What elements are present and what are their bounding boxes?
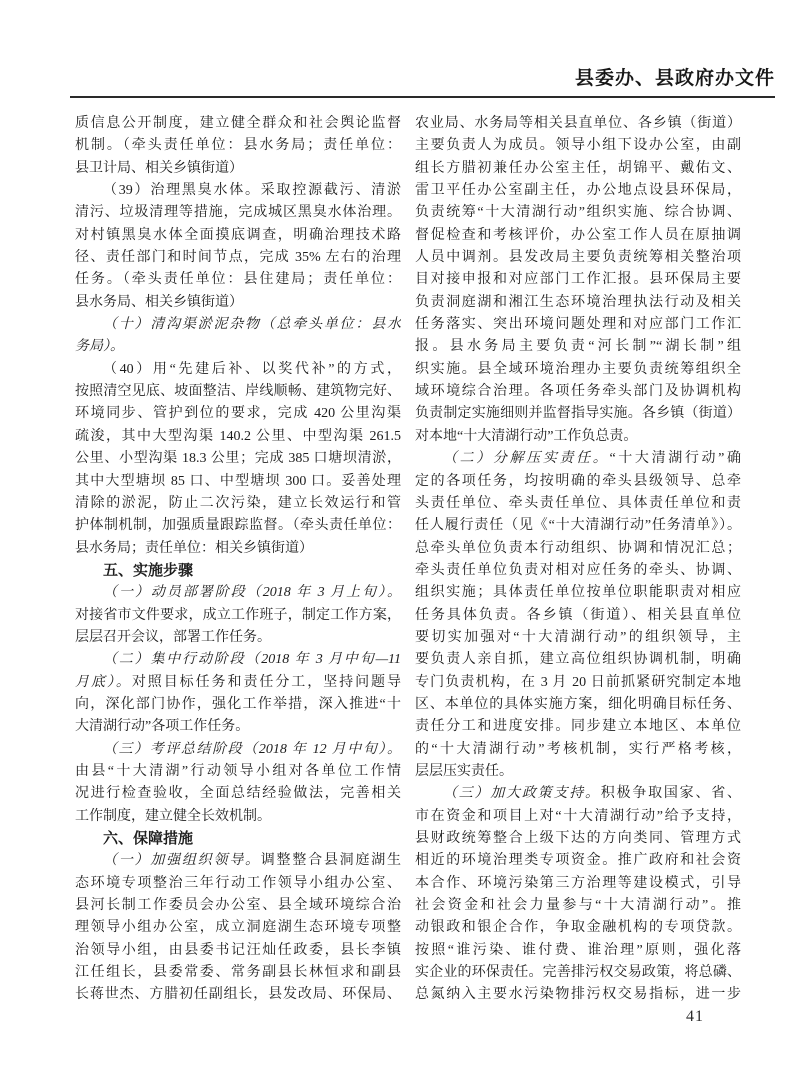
text-line: 层层召开会议，部署工作任务。: [75, 627, 401, 649]
text-line: （40）用“先建后补、以奖代补”的方式，: [75, 359, 401, 381]
body-text: 头责任单位、牵头责任单位、具体责任单位和责: [415, 496, 741, 511]
text-line: 疏浚，其中大型沟渠 140.2 公里、中型沟渠 261.5: [75, 426, 401, 448]
body-text: 督促检查和考核评价，办公室工作人员在原抽调: [415, 228, 741, 243]
text-line: 径、责任部门和时间节点，完成 35% 左右的治理: [75, 247, 401, 269]
text-line: 动银政和银企合作，争取金融机构的专项贷款。: [415, 917, 741, 939]
body-text: 主要负责人为成员。领导小组下设办公室，由副: [415, 138, 741, 153]
text-line: 工作制度，建立健全长效机制。: [75, 806, 401, 828]
document-page: 县委办、县政府办文件 质信息公开制度，建立健全群众和社会舆论监督机制。（牵头责任…: [0, 0, 793, 1077]
text-line: 月底）。对照目标任务和责任分工，坚持问题导: [75, 672, 401, 694]
body-text: 目对接申报和对应部门工作汇报。县环保局主要: [415, 272, 741, 287]
text-line: 任人履行责任（见《“十大清湖行动”任务清单》）。: [415, 515, 741, 537]
text-line: 任务。（牵头责任单位：县住建局；责任单位：: [75, 269, 401, 291]
body-text: 质信息公开制度，建立健全群众和社会舆论监督: [75, 116, 401, 131]
text-line: 负责制定实施细则并监督指导实施。各乡镇（街道）: [415, 403, 741, 425]
body-text: 负责统筹“十大清湖行动”组织实施、综合协调、: [415, 205, 741, 220]
body-text: “十大清湖行动”确: [609, 451, 741, 466]
body-text: 域环境综合治理。各项任务牵头部门及协调机构: [415, 384, 741, 399]
body-text: 江任组长，县委常委、常务副县长林恒求和副县: [75, 965, 401, 980]
text-line: 由县“十大清湖”行动领导小组对各单位工作情: [75, 761, 401, 783]
body-text: 层层召开会议，部署工作任务。: [75, 630, 271, 645]
body-text: 任人履行责任（见《“十大清湖行动”任务清单》）。: [415, 518, 741, 533]
text-line: 任务落实、突出环境问题处理和对应部门工作汇: [415, 314, 741, 336]
text-line: 织实施。县全域环境治理办主要负责统筹组织全: [415, 359, 741, 381]
body-text: 径、责任部门和时间节点，完成 35% 左右的治理: [75, 250, 401, 265]
body-text: 人员中调剂。县发改局主要负责统筹相关整治项: [415, 250, 741, 265]
body-text: 社会资金和社会力量参与“十大清湖行动”。推: [415, 898, 741, 913]
text-line: 六、保障措施: [75, 828, 401, 850]
text-line: 任务具体负责。各乡镇（街道）、相关县直单位: [415, 605, 741, 627]
body-text: 县水务局、相关乡镇街道）: [75, 295, 243, 310]
page-header-title: 县委办、县政府办文件: [70, 63, 775, 90]
text-line: 层层压实责任。: [415, 761, 741, 783]
text-line: 本合作、环境污染第三方治理等建设模式，引导: [415, 873, 741, 895]
right-column: 农业局、水务局等相关县直单位、各乡镇（街道）主要负责人为成员。领导小组下设办公室…: [415, 113, 741, 1007]
section-heading-text: 五、实施步骤: [103, 562, 193, 579]
text-line: 定的各项任务，均按明确的牵头县级领导、总牵: [415, 471, 741, 493]
text-line: 要切实加强对“十大清湖行动”的组织领导，主: [415, 627, 741, 649]
text-line: 治领导小组，由县委书记汪灿任政委，县长李镇: [75, 940, 401, 962]
text-line: 要负责人亲自抓，建立高位组织协调机制，明确: [415, 649, 741, 671]
text-line: 督促检查和考核评价，办公室工作人员在原抽调: [415, 225, 741, 247]
body-text: 组长方腊初兼任办公室主任，胡锦平、戴佑文、: [415, 161, 741, 176]
text-line: 雷卫平任办公室副主任，办公地点设县环保局，: [415, 180, 741, 202]
body-text: 实企业的环保责任。完善排污权交易政策，将总磷、: [415, 965, 741, 980]
text-line: 按照清空见底、坡面整洁、岸线顺畅、建筑物完好、: [75, 381, 401, 403]
body-text: 任务具体负责。各乡镇（街道）、相关县直单位: [415, 608, 741, 623]
text-line: 头责任单位、牵头责任单位、具体责任单位和责: [415, 493, 741, 515]
body-text: 要负责人亲自抓，建立高位组织协调机制，明确: [415, 652, 741, 667]
body-text: 按照清空见底、坡面整洁、岸线顺畅、建筑物完好、: [75, 384, 401, 399]
body-text: 农业局、水务局等相关县直单位、各乡镇（街道）: [415, 116, 741, 131]
body-text: 理领导小组办公室，成立洞庭湖生态环境专项整: [75, 920, 401, 935]
body-text: 环境同步、管护到位的要求，完成 420 公里沟渠: [75, 406, 401, 421]
body-text: 相近的环境治理类专项资金。推广政府和社会资: [415, 853, 741, 868]
text-line: （二）分解压实责任。“十大清湖行动”确: [415, 448, 741, 470]
header-rule: [70, 96, 775, 98]
body-text: 清除的淤泥，防止二次污染，建立长效运行和管: [75, 496, 401, 511]
body-text: 本合作、环境污染第三方治理等建设模式，引导: [415, 876, 741, 891]
subheading-text: 月底）。: [75, 675, 132, 690]
body-text: 要切实加强对“十大清湖行动”的组织领导，主: [415, 630, 741, 645]
text-line: 牵头责任单位负责对相对应任务的牵头、协调、: [415, 560, 741, 582]
body-text: 公里、小型沟渠 18.3 公里；完成 385 口塘坝清淤，: [75, 451, 401, 466]
body-text: 长蒋世杰、方腊初任副组长，县发改局、环保局、: [75, 987, 401, 1002]
text-line: 环境同步、管护到位的要求，完成 420 公里沟渠: [75, 403, 401, 425]
body-text: 向，深化部门协作，强化工作举措，深入推进“十: [75, 697, 401, 712]
body-text: 市在资金和项目上对“十大清湖行动”给予支持，: [415, 809, 741, 824]
text-line: 相近的环境治理类专项资金。推广政府和社会资: [415, 850, 741, 872]
text-line: 大清湖行动”各项工作任务。: [75, 716, 401, 738]
body-text: 定的各项任务，均按明确的牵头县级领导、总牵: [415, 474, 741, 489]
subheading-text: （三）加大政策支持。: [443, 786, 601, 801]
text-line: 务局）。: [75, 336, 401, 358]
text-line: （39）治理黑臭水体。采取控源截污、清淤: [75, 180, 401, 202]
text-line: 长蒋世杰、方腊初任副组长，县发改局、环保局、: [75, 984, 401, 1006]
text-line: 县河长制工作委员会办公室、县全域环境综合治: [75, 895, 401, 917]
text-line: 护体制机制，加强质量跟踪监督。（牵头责任单位：: [75, 515, 401, 537]
text-line: 机制。（牵头责任单位：县水务局；责任单位：: [75, 135, 401, 157]
text-line: 组长方腊初兼任办公室主任，胡锦平、戴佑文、: [415, 158, 741, 180]
text-line: 按照“谁污染、谁付费、谁治理”原则，强化落: [415, 940, 741, 962]
body-text: 区、本单位的具体实施方案，细化明确目标任务、: [415, 697, 741, 712]
body-text: 层层压实责任。: [415, 764, 513, 779]
body-text: 清污、垃圾清理等措施，完成城区黑臭水体治理。: [75, 205, 401, 220]
text-line: （一）动员部署阶段（2018 年 3 月上旬）。: [75, 582, 401, 604]
body-text: 县河长制工作委员会办公室、县全域环境综合治: [75, 898, 401, 913]
body-text: （39）治理黑臭水体。采取控源截污、清淤: [103, 183, 401, 198]
body-text: 负责制定实施细则并监督指导实施。各乡镇（街道）: [415, 406, 741, 421]
body-text: 牵头责任单位负责对相对应任务的牵头、协调、: [415, 563, 741, 578]
body-text: 县财政统筹整合上级下达的方向类同、管理方式: [415, 831, 741, 846]
body-text: 大清湖行动”各项工作任务。: [75, 719, 249, 734]
body-text: 动银政和银企合作，争取金融机构的专项贷款。: [415, 920, 741, 935]
text-line: 五、实施步骤: [75, 560, 401, 582]
text-line: 组织实施；具体责任单位按单位职能职责对相应: [415, 582, 741, 604]
text-line: 县财政统筹整合上级下达的方向类同、管理方式: [415, 828, 741, 850]
text-line: 市在资金和项目上对“十大清湖行动”给予支持，: [415, 806, 741, 828]
text-line: 责任分工和进度安排。同步建立本地区、本单位: [415, 716, 741, 738]
body-text: 态环境专项整治三年行动工作领导小组办公室、: [75, 876, 401, 891]
body-text: 专门负责机构，在 3 月 20 日前抓紧研究制定本地: [415, 675, 741, 690]
body-text: 积极争取国家、省、: [601, 786, 741, 801]
body-text: 对接省市文件要求，成立工作班子，制定工作方案，: [75, 608, 401, 623]
text-line: （二）集中行动阶段（2018 年 3 月中旬—11: [75, 649, 401, 671]
text-line: 态环境专项整治三年行动工作领导小组办公室、: [75, 873, 401, 895]
text-line: 负责统筹“十大清湖行动”组织实施、综合协调、: [415, 202, 741, 224]
body-text: 织实施。县全域环境治理办主要负责统筹组织全: [415, 362, 741, 377]
body-text: 况进行检查验收，全面总结经验做法，完善相关: [75, 786, 401, 801]
body-text: 由县“十大清湖”行动领导小组对各单位工作情: [75, 764, 401, 779]
text-line: 其中大型塘坝 85 口、中型塘坝 300 口。妥善处理: [75, 471, 401, 493]
body-text: 其中大型塘坝 85 口、中型塘坝 300 口。妥善处理: [75, 474, 401, 489]
text-line: （三）加大政策支持。积极争取国家、省、: [415, 783, 741, 805]
body-text: 总牵头单位负责本行动组织、协调和情况汇总；: [415, 541, 741, 556]
subheading-text: （二）集中行动阶段（2018 年 3 月中旬—11: [103, 652, 401, 667]
text-line: 对接省市文件要求，成立工作班子，制定工作方案，: [75, 605, 401, 627]
body-text: 工作制度，建立健全长效机制。: [75, 809, 271, 824]
text-line: 县卫计局、相关乡镇街道）: [75, 158, 401, 180]
text-line: 总牵头单位负责本行动组织、协调和情况汇总；: [415, 538, 741, 560]
subheading-text: 务局）。: [75, 339, 124, 354]
body-text: 雷卫平任办公室副主任，办公地点设县环保局，: [415, 183, 741, 198]
text-line: 主要负责人为成员。领导小组下设办公室，由副: [415, 135, 741, 157]
body-text: 县卫计局、相关乡镇街道）: [75, 161, 243, 176]
subheading-text: （一）动员部署阶段（2018 年 3 月上旬）。: [103, 585, 401, 600]
body-text: 总氮纳入主要水污染物排污权交易指标，进一步: [415, 987, 741, 1002]
text-line: 专门负责机构，在 3 月 20 日前抓紧研究制定本地: [415, 672, 741, 694]
body-text: 任务落实、突出环境问题处理和对应部门工作汇: [415, 317, 741, 332]
text-line: 人员中调剂。县发改局主要负责统筹相关整治项: [415, 247, 741, 269]
text-line: 对本地“十大清湖行动”工作负总责。: [415, 426, 741, 448]
text-line: 江任组长，县委常委、常务副县长林恒求和副县: [75, 962, 401, 984]
section-heading-text: 六、保障措施: [103, 830, 193, 847]
subheading-text: （三）考评总结阶段（2018 年 12 月中旬）。: [103, 742, 401, 757]
text-line: 农业局、水务局等相关县直单位、各乡镇（街道）: [415, 113, 741, 135]
body-text: 的“十大清湖行动”考核机制，实行严格考核，: [415, 742, 741, 757]
text-line: 社会资金和社会力量参与“十大清湖行动”。推: [415, 895, 741, 917]
body-text: 报。县水务局主要负责“河长制”“湖长制”组: [415, 339, 741, 354]
body-text: 负责洞庭湖和湘江生态环境治理执法行动及相关: [415, 295, 741, 310]
text-line: 负责洞庭湖和湘江生态环境治理执法行动及相关: [415, 292, 741, 314]
text-line: （十）清沟渠淤泥杂物（总牵头单位：县水: [75, 314, 401, 336]
body-text: 对照目标任务和责任分工，坚持问题导: [132, 675, 401, 690]
subheading-text: （二）分解压实责任。: [443, 451, 609, 466]
text-line: 理领导小组办公室，成立洞庭湖生态环境专项整: [75, 917, 401, 939]
body-text: 机制。（牵头责任单位：县水务局；责任单位：: [75, 138, 401, 153]
text-line: 对村镇黑臭水体全面摸底调查，明确治理技术路: [75, 225, 401, 247]
text-line: 县水务局、相关乡镇街道）: [75, 292, 401, 314]
text-line: 况进行检查验收，全面总结经验做法，完善相关: [75, 783, 401, 805]
body-text: 责任分工和进度安排。同步建立本地区、本单位: [415, 719, 741, 734]
text-line: 清污、垃圾清理等措施，完成城区黑臭水体治理。: [75, 202, 401, 224]
body-text: 县水务局；责任单位：相关乡镇街道）: [75, 541, 313, 556]
body-text: 对村镇黑臭水体全面摸底调查，明确治理技术路: [75, 228, 401, 243]
text-line: 目对接申报和对应部门工作汇报。县环保局主要: [415, 269, 741, 291]
body-text: 任务。（牵头责任单位：县住建局；责任单位：: [75, 272, 401, 287]
body-text: 按照“谁污染、谁付费、谁治理”原则，强化落: [415, 943, 741, 958]
body-text: 治领导小组，由县委书记汪灿任政委，县长李镇: [75, 943, 401, 958]
text-line: 实企业的环保责任。完善排污权交易政策，将总磷、: [415, 962, 741, 984]
text-line: 向，深化部门协作，强化工作举措，深入推进“十: [75, 694, 401, 716]
text-line: 域环境综合治理。各项任务牵头部门及协调机构: [415, 381, 741, 403]
body-text: 组织实施；具体责任单位按单位职能职责对相应: [415, 585, 741, 600]
text-line: 清除的淤泥，防止二次污染，建立长效运行和管: [75, 493, 401, 515]
text-line: （一）加强组织领导。调整整合县洞庭湖生: [75, 850, 401, 872]
text-line: 报。县水务局主要负责“河长制”“湖长制”组: [415, 336, 741, 358]
body-text: 疏浚，其中大型沟渠 140.2 公里、中型沟渠 261.5: [75, 429, 401, 444]
body-text: （40）用“先建后补、以奖代补”的方式，: [103, 362, 401, 377]
page-number: 41: [686, 1008, 704, 1026]
text-line: 公里、小型沟渠 18.3 公里；完成 385 口塘坝清淤，: [75, 448, 401, 470]
text-line: 县水务局；责任单位：相关乡镇街道）: [75, 538, 401, 560]
body-text: 护体制机制，加强质量跟踪监督。（牵头责任单位：: [75, 518, 401, 533]
left-column: 质信息公开制度，建立健全群众和社会舆论监督机制。（牵头责任单位：县水务局；责任单…: [75, 113, 401, 1007]
subheading-text: （一）加强组织领导。: [103, 853, 261, 868]
body-text: 对本地“十大清湖行动”工作负总责。: [415, 429, 637, 444]
subheading-text: （十）清沟渠淤泥杂物（总牵头单位：县水: [103, 317, 401, 332]
text-line: 总氮纳入主要水污染物排污权交易指标，进一步: [415, 984, 741, 1006]
text-line: 区、本单位的具体实施方案，细化明确目标任务、: [415, 694, 741, 716]
text-line: 的“十大清湖行动”考核机制，实行严格考核，: [415, 739, 741, 761]
text-line: 质信息公开制度，建立健全群众和社会舆论监督: [75, 113, 401, 135]
body-text: 调整整合县洞庭湖生: [261, 853, 401, 868]
text-line: （三）考评总结阶段（2018 年 12 月中旬）。: [75, 739, 401, 761]
